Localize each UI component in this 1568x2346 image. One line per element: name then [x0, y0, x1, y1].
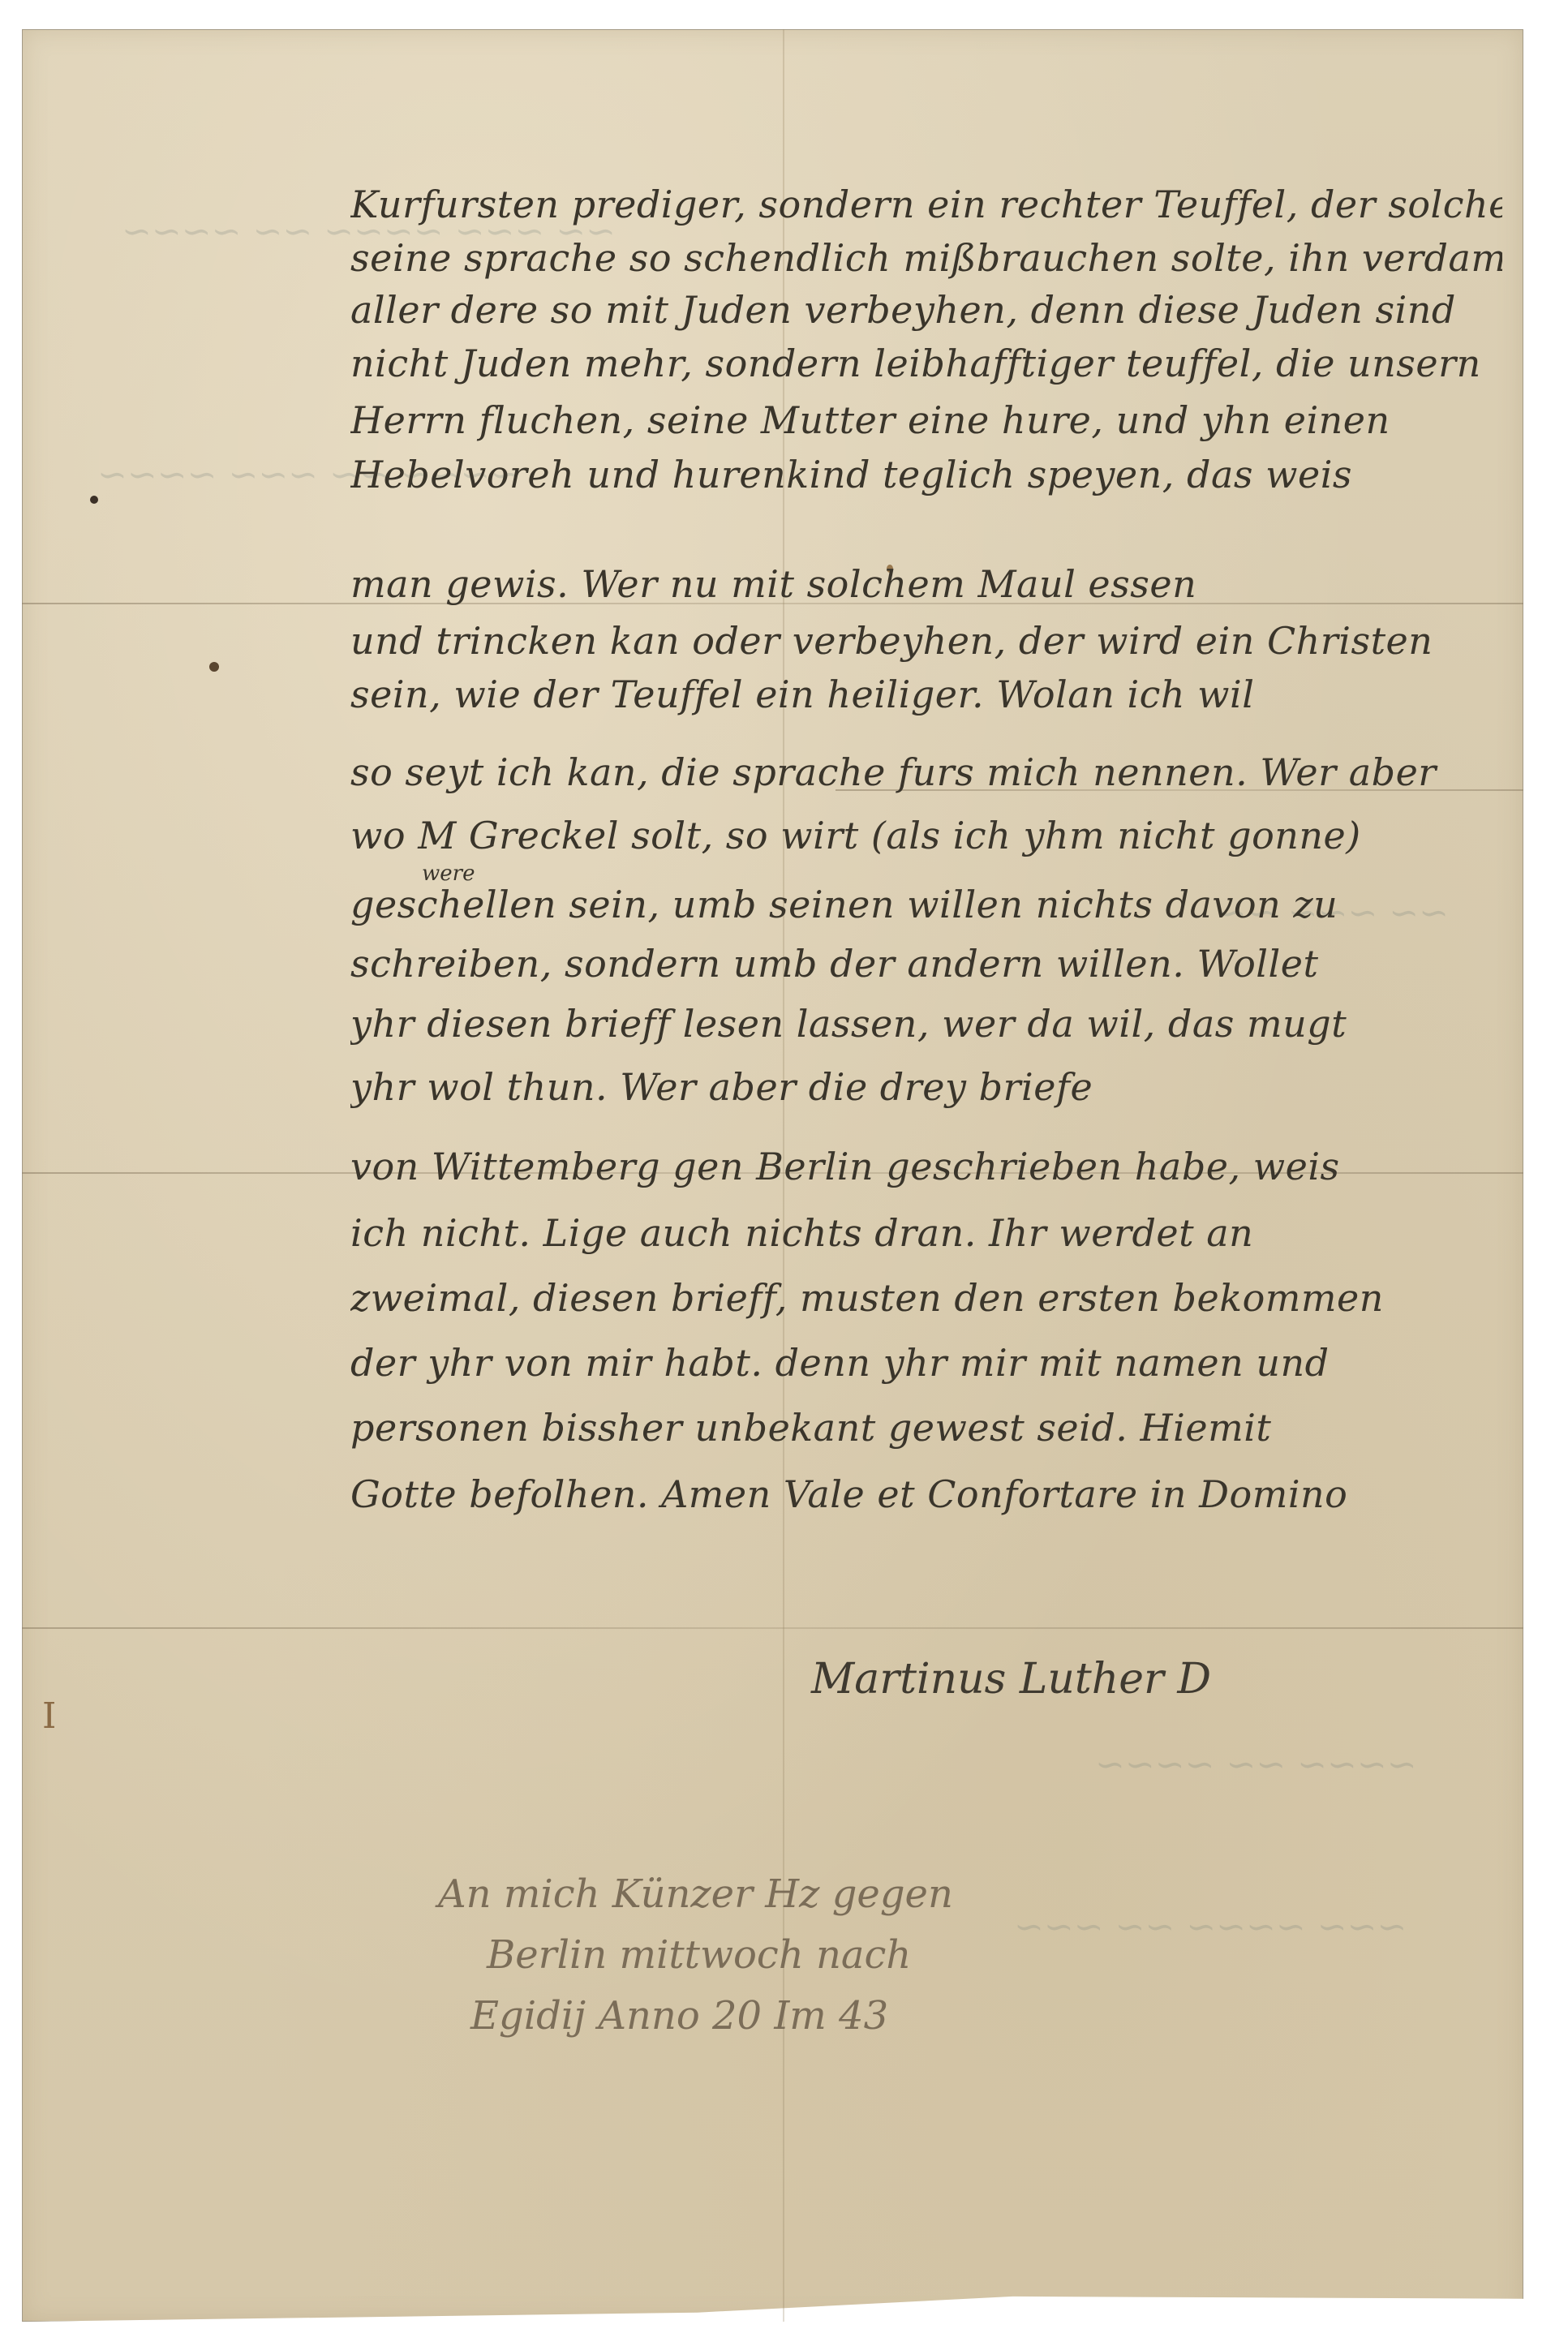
letter-line: wo M Greckel solt, so wirt (als ich yhm …	[350, 811, 1502, 860]
signature: Martinus Luther D	[811, 1655, 1211, 1704]
letter-line: yhr wol thun. Wer aber die drey briefe	[350, 1063, 1502, 1111]
margin-mark: I	[42, 1695, 56, 1737]
address-line: Egidij Anno 20 Im 43	[470, 1987, 1119, 2044]
letter-line: zweimal, diesen brieff, musten den erste…	[350, 1274, 1502, 1322]
ink-spot	[90, 496, 98, 504]
letter-line: Hebelvoreh und hurenkind teglich speyen,…	[350, 450, 1502, 499]
letter-line: schreiben, sondern umb der andern willen…	[350, 939, 1502, 988]
letter-line: ich nicht. Lige auch nichts dran. Ihr we…	[350, 1209, 1502, 1257]
fold-line-horizontal	[22, 1627, 1523, 1629]
letter-line: Gotte befolhen. Amen Vale et Confortare …	[350, 1470, 1502, 1519]
bleed-through-text: ~~~~ ~~ ~~~~	[1095, 1744, 1417, 1785]
letter-line: so seyt ich kan, die sprache furs mich n…	[350, 748, 1502, 797]
address-line: Berlin mittwoch nach	[487, 1927, 1136, 1983]
ink-spot	[209, 662, 219, 672]
letter-line: yhr diesen brieff lesen lassen, wer da w…	[350, 999, 1502, 1048]
letter-line: und trincken kan oder verbeyhen, der wir…	[350, 617, 1502, 665]
letter-line: Kurfursten prediger, sondern ein rechter…	[350, 180, 1502, 229]
letter-line: sein, wie der Teuffel ein heiliger. Wola…	[350, 670, 1502, 719]
letter-line: von Wittemberg gen Berlin geschrieben ha…	[350, 1142, 1502, 1191]
letter-line: geschellen sein, umb seinen willen nicht…	[350, 880, 1502, 929]
letter-line: seine sprache so schendlich mißbrauchen …	[350, 234, 1502, 282]
letter-line: Herrn fluchen, seine Mutter eine hure, u…	[350, 396, 1502, 445]
address-line: An mich Künzer Hz gegen	[438, 1866, 1087, 1923]
letter-line: aller dere so mit Juden verbeyhen, denn …	[350, 286, 1502, 334]
letter-line: man gewis. Wer nu mit solchem Maul essen	[350, 560, 1502, 608]
letter-line: personen bissher unbekant gewest seid. H…	[350, 1403, 1502, 1452]
letter-line: nicht Juden mehr, sondern leibhafftiger …	[350, 339, 1502, 388]
letter-line: der yhr von mir habt. denn yhr mir mit n…	[350, 1338, 1502, 1387]
